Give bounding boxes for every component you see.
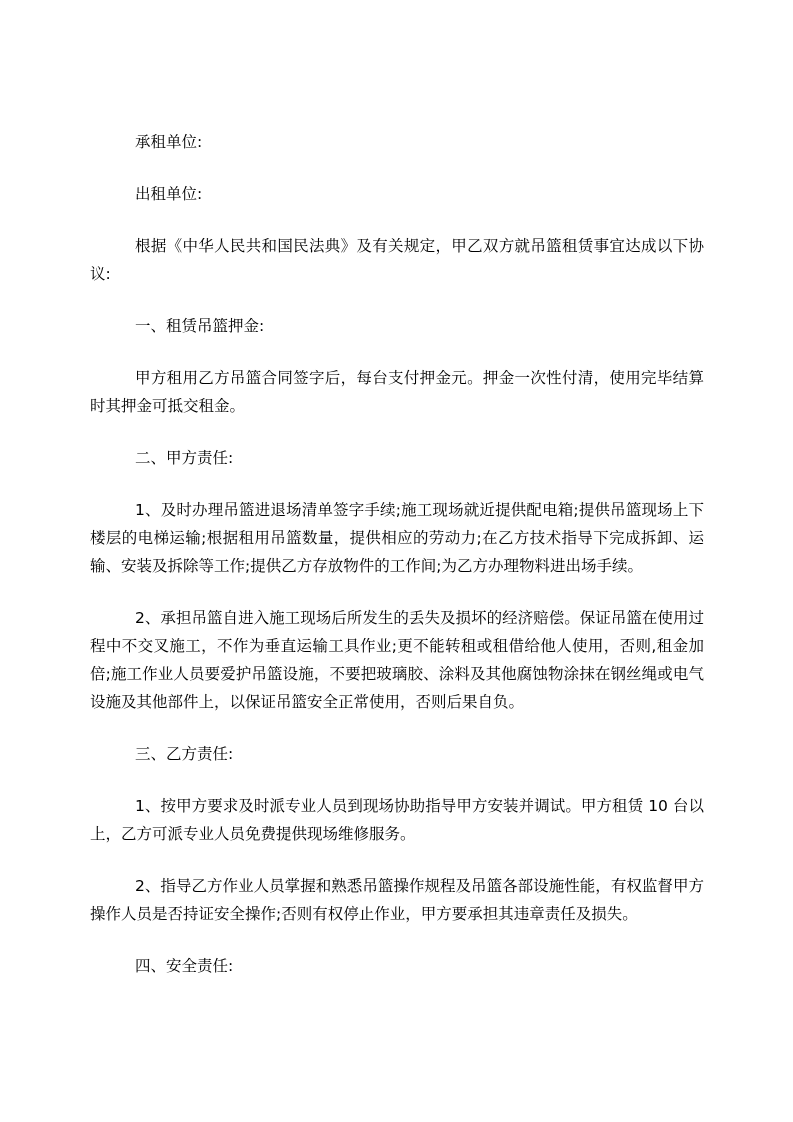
paragraph-lessor-label: 出租单位: — [90, 180, 704, 208]
section-3-heading-party-b: 三、乙方责任: — [90, 740, 704, 768]
section-1-heading-deposit: 一、租赁吊篮押金: — [90, 312, 704, 340]
clause-party-b-item-1: 1、按甲方要求及时派专业人员到现场协助指导甲方安装并调试。甲方租赁 10 台以上… — [90, 792, 704, 848]
paragraph-preamble: 根据《中华人民共和国民法典》及有关规定，甲乙双方就吊篮租赁事宜达成以下协议: — [90, 232, 704, 288]
paragraph-lessee-label: 承租单位: — [90, 128, 704, 156]
document-page: 承租单位: 出租单位: 根据《中华人民共和国民法典》及有关规定，甲乙双方就吊篮租… — [0, 0, 793, 1122]
clause-party-a-item-1: 1、及时办理吊篮进退场清单签字手续;施工现场就近提供配电箱;提供吊篮现场上下楼层… — [90, 496, 704, 580]
section-2-heading-party-a: 二、甲方责任: — [90, 444, 704, 472]
section-4-heading-safety: 四、安全责任: — [90, 952, 704, 980]
clause-party-b-item-2: 2、指导乙方作业人员掌握和熟悉吊篮操作规程及吊篮各部设施性能，有权监督甲方操作人… — [90, 872, 704, 928]
clause-party-a-item-2: 2、承担吊篮自进入施工现场后所发生的丢失及损坏的经济赔偿。保证吊篮在使用过程中不… — [90, 604, 704, 716]
clause-deposit-terms: 甲方租用乙方吊篮合同签字后，每台支付押金元。押金一次性付清，使用完毕结算时其押金… — [90, 364, 704, 420]
document-content: 承租单位: 出租单位: 根据《中华人民共和国民法典》及有关规定，甲乙双方就吊篮租… — [90, 128, 704, 1004]
